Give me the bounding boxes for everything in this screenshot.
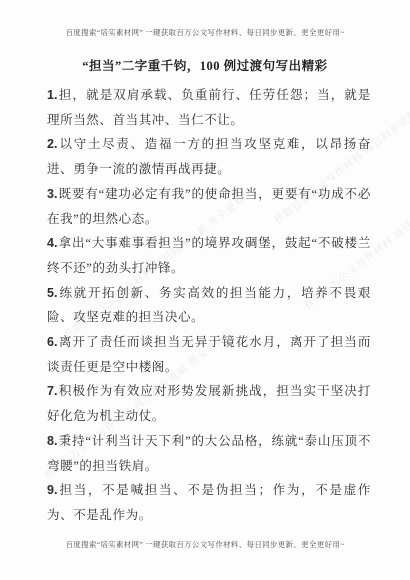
footer-promo-note: 百度搜索“培实素材网” 一键获取百万公文写作材料、每日同步更新、更全更好用~ bbox=[0, 539, 410, 550]
list-item: 9.担当，不是喊担当、不是伪担当；作为，不是虚作为、不是乱作为。 bbox=[47, 478, 371, 527]
list-item: 8.秉持“计利当计天下利”的大公品格，练就“泰山压顶不弯腰”的担当铁肩。 bbox=[47, 429, 371, 478]
list-item: 7.积极作为有效应对形势发展新挑战，担当实干坚决打好化危为机主动仗。 bbox=[47, 379, 371, 428]
item-number: 7. bbox=[47, 384, 57, 398]
header-promo-note: 百度搜索“培实素材网” 一键获取百万公文写作材料、每日同步更新、更全更好用~ bbox=[0, 27, 410, 38]
list-item: 5.练就开拓创新、务实高效的担当能力，培养不畏艰险、攻坚克难的担当决心。 bbox=[47, 281, 371, 330]
item-text: 担当，不是喊担当、不是伪担当；作为，不是虚作为、不是乱作为。 bbox=[47, 483, 371, 522]
list-item: 6.离开了责任而谈担当无异于镜花水月，离开了担当而谈责任更是空中楼阁。 bbox=[47, 330, 371, 379]
item-number: 2. bbox=[47, 137, 57, 151]
list-item: 1.担，就是双肩承载、负重前行、任劳任怨；当，就是理所当然、首当其冲、当仁不让。 bbox=[47, 83, 371, 132]
item-number: 9. bbox=[47, 483, 57, 497]
item-number: 6. bbox=[47, 335, 57, 349]
item-number: 3. bbox=[47, 187, 57, 201]
item-number: 1. bbox=[47, 88, 57, 102]
item-text: 练就开拓创新、务实高效的担当能力，培养不畏艰险、攻坚克难的担当决心。 bbox=[47, 286, 371, 325]
item-text: 积极作为有效应对形势发展新挑战，担当实干坚决打好化危为机主动仗。 bbox=[47, 384, 371, 423]
item-number: 4. bbox=[47, 236, 57, 250]
item-number: 5. bbox=[47, 286, 57, 300]
item-text: 拿出“大事难事看担当”的境界攻碉堡，鼓起“不破楼兰终不还”的劲头打冲锋。 bbox=[47, 236, 371, 275]
numbered-list: 1.担，就是双肩承载、负重前行、任劳任怨；当，就是理所当然、首当其冲、当仁不让。… bbox=[47, 83, 371, 528]
item-text: 既要有“建功必定有我”的使命担当，更要有“功成不必在我”的坦然心态。 bbox=[47, 187, 371, 226]
document-page: 百度搜索“培实素材网” 一键获取百万公文写作材料、每日同步更新、更全更好用~ “… bbox=[0, 0, 410, 580]
page-title: “担当”二字重千钧，100 例过渡句写出精彩 bbox=[0, 56, 410, 74]
list-item: 2.以守土尽责、造福一方的担当攻坚克难，以昂扬奋进、勇争一流的激情再战再捷。 bbox=[47, 132, 371, 181]
list-item: 4.拿出“大事难事看担当”的境界攻碉堡，鼓起“不破楼兰终不还”的劲头打冲锋。 bbox=[47, 231, 371, 280]
list-item: 3.既要有“建功必定有我”的使命担当，更要有“功成不必在我”的坦然心态。 bbox=[47, 182, 371, 231]
item-number: 8. bbox=[47, 434, 57, 448]
item-text: 离开了责任而谈担当无异于镜花水月，离开了担当而谈责任更是空中楼阁。 bbox=[47, 335, 371, 374]
item-text: 担，就是双肩承载、负重前行、任劳任怨；当，就是理所当然、首当其冲、当仁不让。 bbox=[47, 88, 371, 127]
item-text: 秉持“计利当计天下利”的大公品格，练就“泰山压顶不弯腰”的担当铁肩。 bbox=[47, 434, 371, 473]
item-text: 以守土尽责、造福一方的担当攻坚克难，以昂扬奋进、勇争一流的激情再战再捷。 bbox=[47, 137, 371, 176]
